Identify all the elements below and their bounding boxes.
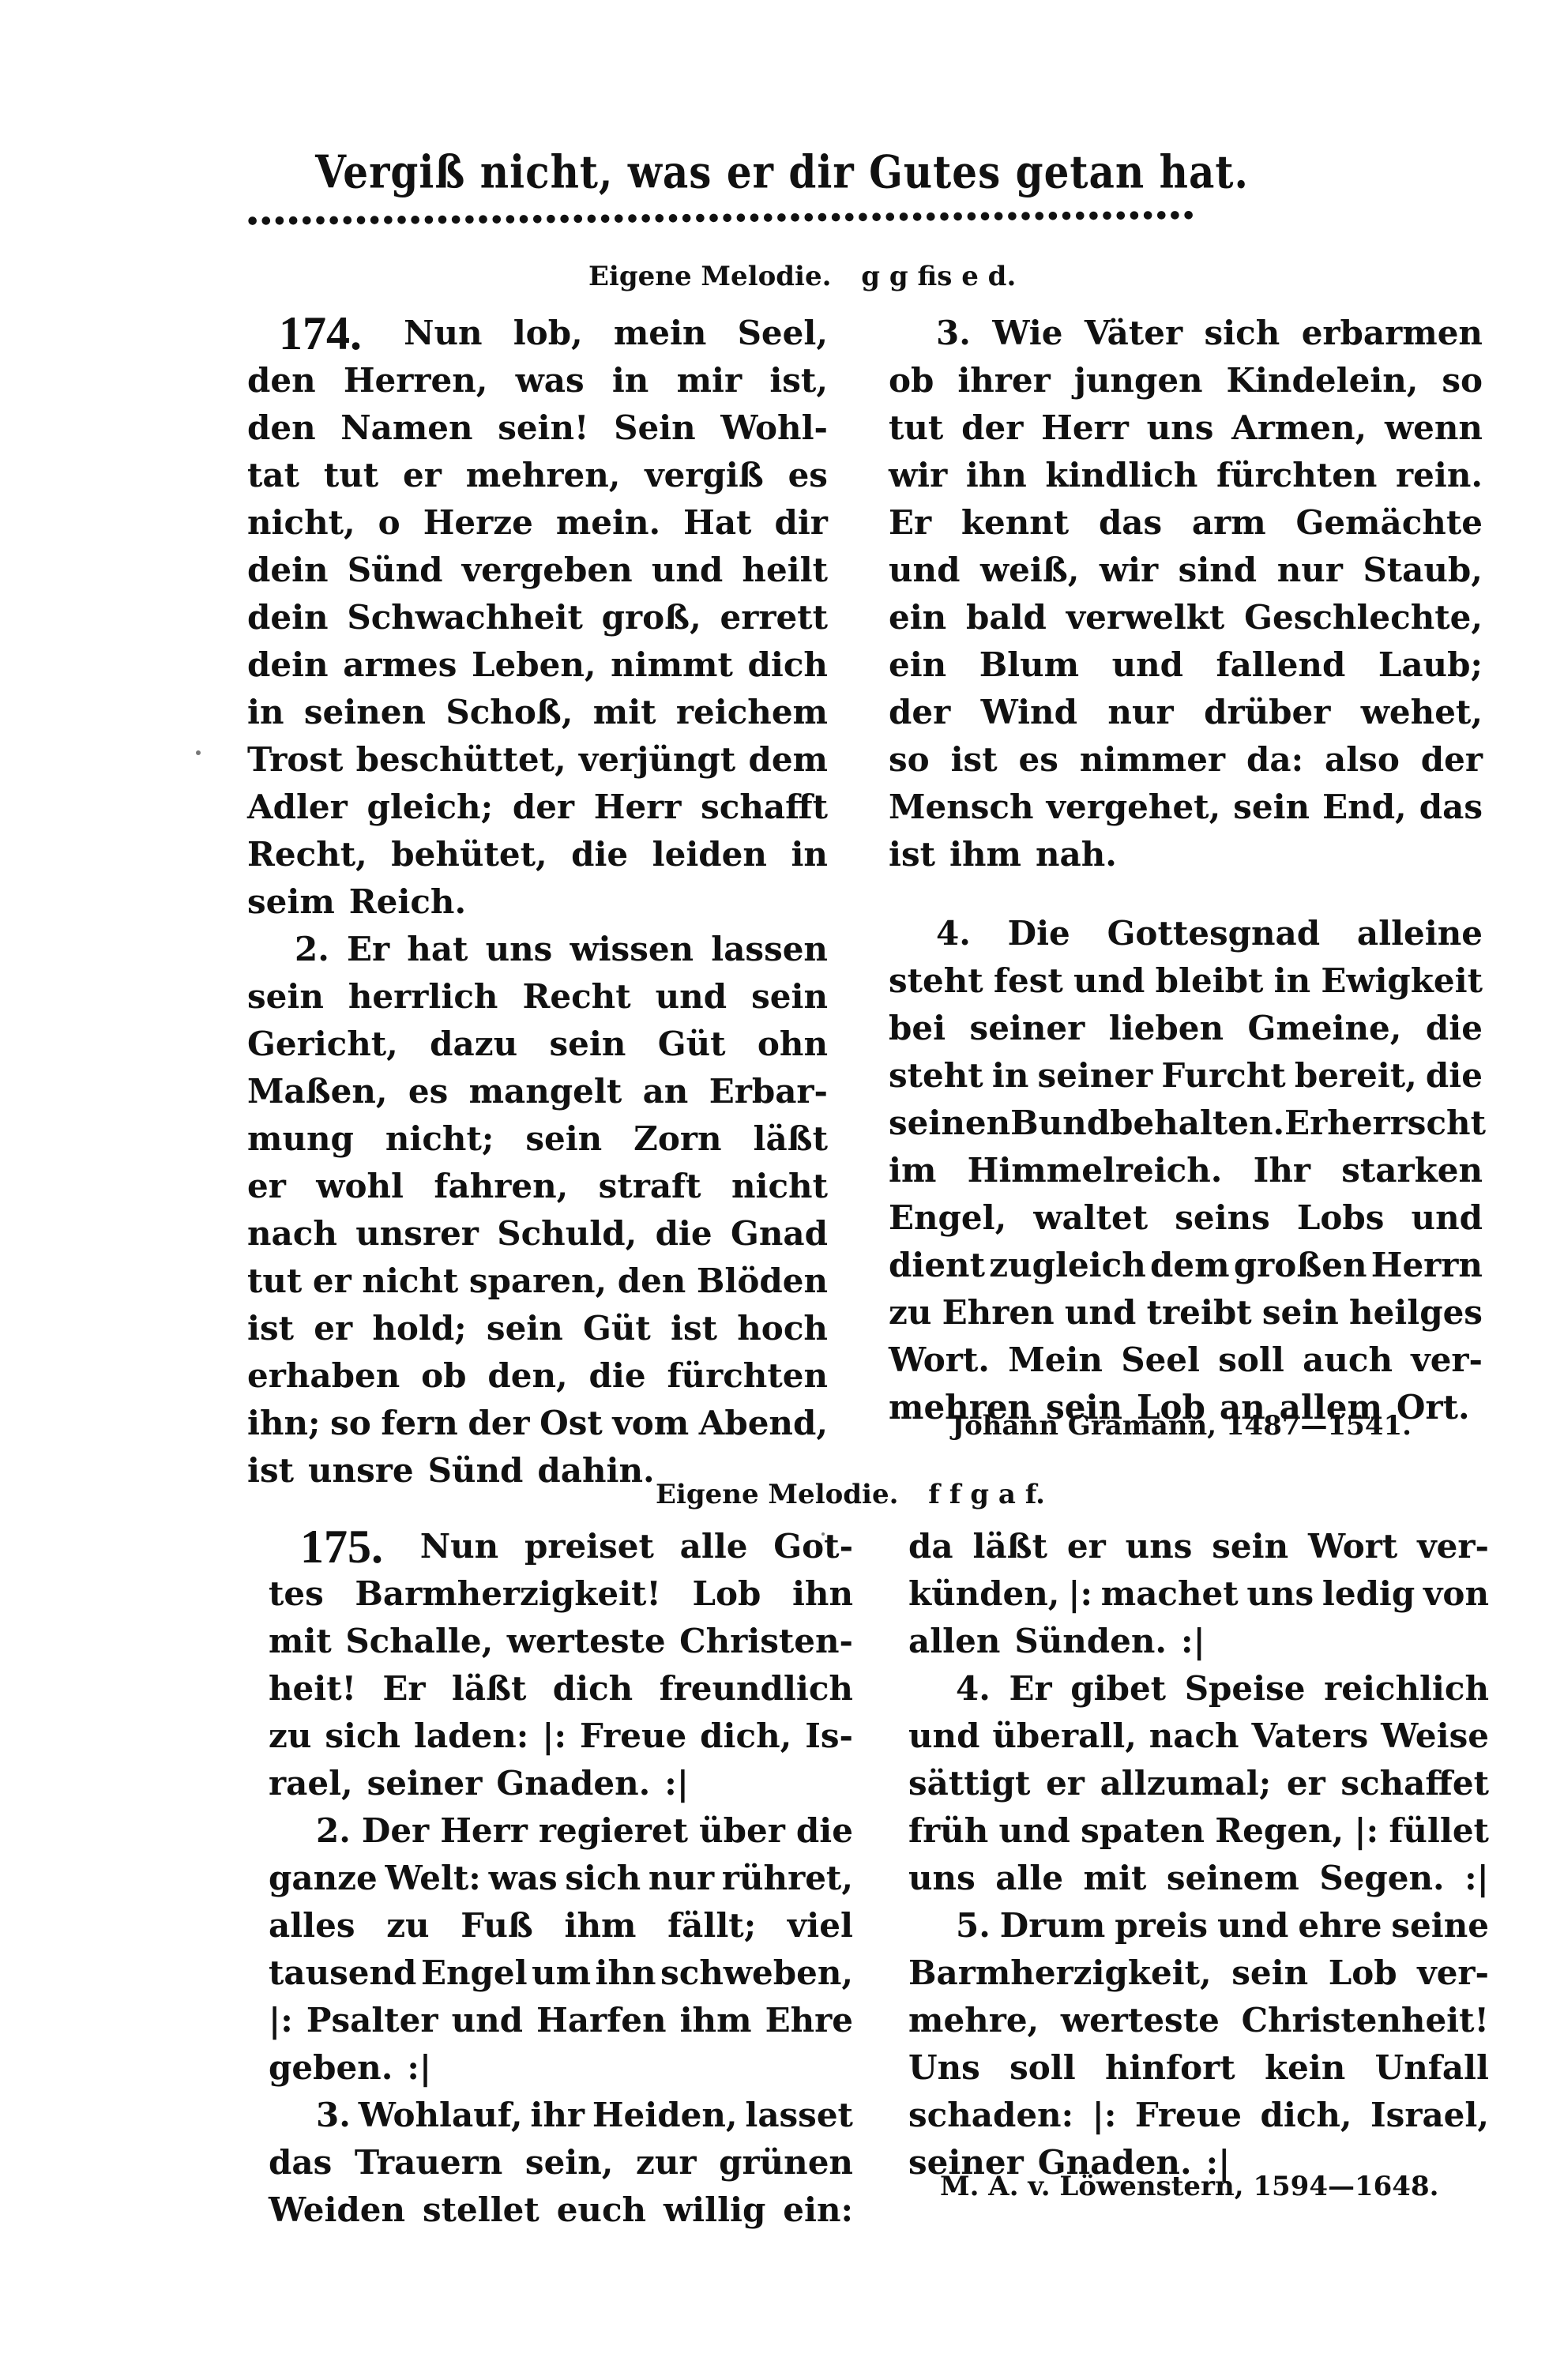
word: :| — [664, 1760, 689, 1807]
word: sich — [565, 1855, 641, 1902]
word: Weise — [1381, 1713, 1489, 1760]
word: Wort. — [889, 1337, 990, 1384]
word: gibet — [1070, 1665, 1166, 1713]
word: Leben, — [472, 641, 596, 689]
text-line: deinSündvergebenundheilt — [247, 547, 828, 594]
word: Herze — [423, 499, 533, 547]
word: sein — [525, 1115, 602, 1163]
word: Erbar- — [709, 1068, 828, 1115]
word: die — [571, 831, 628, 878]
word: der — [1421, 736, 1483, 784]
text-line: 2.Erhatunswissenlassen — [247, 926, 828, 973]
hymn-174-author: Johann Gramann, 1487—1541. — [952, 1410, 1412, 1442]
word: nur — [649, 1855, 714, 1902]
word: Namen — [340, 404, 472, 452]
word: groß, — [602, 594, 701, 641]
text-line: 5.Drumpreisundehreseine — [908, 1902, 1489, 1949]
text-line: zusichladen:|:Freuedich,Is- — [269, 1713, 853, 1760]
word: spaten — [1081, 1807, 1205, 1855]
word: sind — [1179, 547, 1258, 594]
word: und — [1073, 957, 1145, 1005]
word: |: — [269, 1997, 293, 2044]
text-line: Maßen,esmangeltanErbar- — [247, 1068, 828, 1115]
word: Himmelreich. — [968, 1147, 1223, 1194]
word: hold; — [372, 1305, 466, 1352]
word: ein — [889, 594, 946, 641]
word: tausend — [269, 1949, 416, 1997]
word: dein — [247, 594, 329, 641]
word: lassen — [711, 926, 828, 973]
word: ver- — [1417, 1523, 1489, 1570]
text-line: nicht,oHerzemein.Hatdir — [247, 499, 828, 547]
word: Wind — [981, 689, 1077, 736]
word: Sünd — [348, 547, 443, 594]
word: Herr — [1041, 404, 1129, 452]
word: lob, — [513, 310, 583, 357]
text-line: isterhold;seinGütisthoch — [247, 1305, 828, 1352]
word: Herren, — [344, 357, 488, 404]
word: Barmherzigkeit, — [908, 1949, 1212, 1997]
word: ein — [889, 641, 946, 689]
text-line: undüberall,nachVatersWeise — [908, 1713, 1489, 1760]
word: Unfall — [1375, 2044, 1489, 2092]
word: sein — [247, 973, 324, 1021]
text-line: Wort.MeinSeelsollauchver- — [889, 1337, 1483, 1384]
text-line: künden,|:machetunsledigvon — [908, 1570, 1489, 1618]
word: Nun — [404, 310, 482, 357]
word: das — [269, 2139, 332, 2186]
word: nur — [1277, 547, 1343, 594]
word: bald — [966, 594, 1047, 641]
word: ihr — [530, 2092, 585, 2139]
word: Blöden — [697, 1258, 828, 1305]
text-line: inseinenSchoß,mitreichem — [247, 689, 828, 736]
word: gleich; — [367, 784, 493, 831]
word: künden, — [908, 1570, 1059, 1618]
word: tut — [889, 404, 943, 452]
word: 5. — [956, 1902, 991, 1949]
word: er — [1046, 1760, 1085, 1807]
text-line: seinherrlichRechtundsein — [247, 973, 828, 1021]
word: Der — [362, 1807, 429, 1855]
word: zu — [386, 1902, 429, 1949]
word: Lob — [1329, 1949, 1397, 1997]
word: reichlich — [1324, 1665, 1489, 1713]
word: soll — [1009, 2044, 1076, 2092]
word: was — [489, 1855, 558, 1902]
word: Güt — [658, 1021, 726, 1068]
word: alleine — [1357, 910, 1483, 957]
word: mir — [677, 357, 743, 404]
word: alles — [269, 1902, 355, 1949]
word: Mein — [1008, 1337, 1103, 1384]
word: Gmeine, — [1248, 1005, 1402, 1052]
word: errett — [720, 594, 828, 641]
word: leiden — [652, 831, 767, 878]
word: dich — [748, 641, 828, 689]
word: sein — [550, 1021, 626, 1068]
word: die — [796, 1807, 853, 1855]
text-line: Gericht,dazuseinGütohn — [247, 1021, 828, 1068]
word: ehre — [1298, 1902, 1382, 1949]
word: 4. — [936, 910, 971, 957]
word: Got- — [773, 1523, 853, 1570]
word: machet — [1101, 1570, 1239, 1618]
word: Barmherzigkeit! — [355, 1570, 660, 1618]
word: Staub, — [1363, 547, 1482, 594]
word: sein — [751, 973, 828, 1021]
word: in — [612, 357, 649, 404]
word: tut — [247, 1258, 302, 1305]
word: Regen, — [1215, 1807, 1344, 1855]
word: zur — [636, 2139, 697, 2186]
word: dein — [247, 641, 329, 689]
word: Heiden, — [592, 2092, 738, 2139]
word: läßt — [973, 1523, 1047, 1570]
word: tes — [269, 1570, 324, 1618]
word: sein — [487, 1305, 563, 1352]
word: Er — [1284, 1100, 1327, 1147]
word: fest — [994, 957, 1063, 1005]
word: verwelkt — [1066, 594, 1225, 641]
text-line: nachunsrerSchuld,dieGnad — [247, 1210, 828, 1258]
text-line: 2.DerHerrregieretüberdie — [269, 1807, 853, 1855]
word: Israel, — [1370, 2092, 1489, 2139]
word: dir — [774, 499, 827, 547]
text-line: Recht,behütet,dieleidenin — [247, 831, 828, 878]
word: mit — [593, 689, 656, 736]
text-line: Trostbeschüttet,verjüngtdem — [247, 736, 828, 784]
text-line: einBlumundfallendLaub; — [889, 641, 1483, 689]
word: ist — [951, 736, 998, 784]
text-line: daläßterunsseinWortver- — [908, 1523, 1489, 1570]
hymn-number: 174. — [279, 310, 362, 357]
word: und — [889, 547, 960, 594]
word: Christenheit! — [1242, 1997, 1489, 2044]
word: Armen, — [1231, 404, 1367, 452]
word: nicht; — [385, 1115, 494, 1163]
melody-label: Eigene Melodie. — [588, 261, 831, 292]
word: Wohl- — [720, 404, 828, 452]
word: Sünden. — [1014, 1618, 1167, 1665]
word: seinen — [889, 1100, 1010, 1147]
word: alle — [680, 1523, 748, 1570]
word: ihm — [949, 831, 1021, 878]
word: kindlich — [1045, 452, 1197, 499]
text-line: zuEhrenundtreibtseinheilges — [889, 1289, 1483, 1337]
word: großen — [1234, 1242, 1367, 1289]
word: tut — [324, 452, 378, 499]
word: Psalter — [306, 1997, 438, 2044]
word: mangelt — [469, 1068, 622, 1115]
word: ihn — [792, 1570, 853, 1618]
word: |: — [1092, 2092, 1117, 2139]
word: wir — [1100, 547, 1158, 594]
word: Lobs — [1297, 1194, 1385, 1242]
text-line: mehre,wertesteChristenheit! — [908, 1997, 1489, 2044]
text-line: imHimmelreich.Ihrstarken — [889, 1147, 1483, 1194]
word: mehren, — [466, 452, 621, 499]
word: sein — [1233, 784, 1310, 831]
text-line: sättigterallzumal;erschaffet — [908, 1760, 1489, 1807]
word: herrscht — [1327, 1100, 1486, 1147]
word: dich, — [1261, 2092, 1352, 2139]
word: ist, — [769, 357, 828, 404]
word: mein. — [556, 499, 660, 547]
word: dich — [553, 1665, 633, 1713]
word: da: — [1246, 736, 1303, 784]
word: grünen — [719, 2139, 853, 2186]
word: läßt — [452, 1665, 526, 1713]
word: und — [1217, 1902, 1288, 1949]
word: Adler — [247, 784, 348, 831]
word: wenn — [1385, 404, 1483, 452]
word: bereit, — [1295, 1052, 1417, 1100]
word: allen — [908, 1618, 1000, 1665]
word: Vaters — [1251, 1713, 1368, 1760]
word: sein — [1262, 1289, 1339, 1337]
word: uns — [486, 926, 553, 973]
text-line: frühundspatenRegen,|:füllet — [908, 1807, 1489, 1855]
word: nicht, — [247, 499, 355, 547]
text-line: deinSchwachheitgroß,errett — [247, 594, 828, 641]
word: der — [889, 689, 950, 736]
word: Schoß, — [446, 689, 573, 736]
word: uns — [1246, 1570, 1314, 1618]
word: seine — [1391, 1902, 1489, 1949]
word: Hat — [683, 499, 751, 547]
text-line: 3.Wohlauf,ihrHeiden,lasset — [269, 2092, 853, 2139]
word: Bund — [1010, 1100, 1110, 1147]
text-line: mitSchalle,wertesteChristen- — [269, 1618, 853, 1665]
word: bei — [889, 1005, 946, 1052]
word: Er — [1009, 1665, 1051, 1713]
word: stellet — [423, 2186, 540, 2234]
word: fahren, — [434, 1163, 568, 1210]
word: ihn — [596, 1949, 656, 1997]
word: freundlich — [660, 1665, 853, 1713]
word: Güt — [583, 1305, 651, 1352]
word: überall, — [992, 1713, 1137, 1760]
text-line: Adlergleich;derHerrschafft — [247, 784, 828, 831]
text-line: heit!Erläßtdichfreundlich — [269, 1665, 853, 1713]
word: Lob — [692, 1570, 761, 1618]
word: füllet — [1389, 1807, 1489, 1855]
word: Wie — [992, 310, 1062, 357]
word: seiner — [970, 1005, 1085, 1052]
word: vergehet, — [1047, 784, 1221, 831]
word: Freue — [1135, 2092, 1242, 2139]
word: schaden: — [908, 2092, 1073, 2139]
word: und — [998, 1807, 1070, 1855]
melody-line-175: Eigene Melodie. f f g a f. — [656, 1479, 1045, 1510]
word: |: — [1354, 1807, 1378, 1855]
text-line: wirihnkindlichfürchtenrein. — [889, 452, 1483, 499]
word: nicht — [731, 1163, 828, 1210]
word: uns — [1126, 1523, 1193, 1570]
word: fällt; — [667, 1902, 756, 1949]
word: wohl — [316, 1163, 404, 1210]
word: die — [1426, 1005, 1483, 1052]
word: Trost — [247, 736, 343, 784]
word: Väter — [1085, 310, 1182, 357]
word: straft — [599, 1163, 701, 1210]
text-line: Menschvergehet,seinEnd,das — [889, 784, 1483, 831]
word: sein, — [525, 2139, 613, 2186]
word: kennt — [961, 499, 1069, 547]
word: heilt — [742, 547, 828, 594]
word: waltet — [1033, 1194, 1148, 1242]
page-header: Vergiß nicht, was er dir Gutes getan hat… — [0, 145, 1564, 199]
word: ihrer — [957, 357, 1050, 404]
word: 3. — [316, 2092, 351, 2139]
word: End, — [1322, 784, 1407, 831]
word: zugleich — [989, 1242, 1146, 1289]
word: allzumal; — [1100, 1760, 1272, 1807]
word: Herr — [440, 1807, 528, 1855]
word: Is- — [805, 1713, 853, 1760]
word: starken — [1341, 1147, 1483, 1194]
text-line: erwohlfahren,straftnicht — [247, 1163, 828, 1210]
word: Maßen, — [247, 1068, 388, 1115]
word: Christen- — [679, 1618, 853, 1665]
word: fern — [381, 1400, 457, 1447]
word: läßt — [753, 1115, 827, 1163]
word: preiset — [524, 1523, 654, 1570]
word: fürchten — [667, 1352, 828, 1400]
word: rael, — [269, 1760, 353, 1807]
text-line: dasTrauernsein,zurgrünen — [269, 2139, 853, 2186]
word: sein — [1212, 1523, 1288, 1570]
word: ob — [421, 1352, 466, 1400]
word: schweben, — [660, 1949, 853, 1997]
word: Segen. — [1319, 1855, 1444, 1902]
word: Wort — [1308, 1523, 1397, 1570]
melody-line-174: Eigene Melodie. g g fis e d. — [588, 261, 1016, 292]
text-line: alleszuFußihmfällt;viel — [269, 1902, 853, 1949]
text-line: tattutermehren,vergißes — [247, 452, 828, 499]
word: an — [643, 1068, 689, 1115]
word: ihm — [680, 1997, 752, 2044]
word: lasset — [745, 2092, 853, 2139]
text-line: Barmherzigkeit,seinLobver- — [908, 1949, 1489, 1997]
word: Harfen — [536, 1997, 666, 2044]
word: von — [1423, 1570, 1489, 1618]
word: armes — [343, 641, 457, 689]
word: behalten. — [1110, 1100, 1284, 1147]
text-line: tuternichtsparen,denBlöden — [247, 1258, 828, 1305]
word: ver- — [1417, 1949, 1489, 1997]
word: seim — [247, 878, 335, 926]
word: Laub; — [1378, 641, 1483, 689]
word: werteste — [507, 1618, 666, 1665]
text-line: geben.:| — [269, 2044, 853, 2092]
word: in — [791, 831, 828, 878]
word: Schalle, — [345, 1618, 493, 1665]
word: Geschlechte, — [1244, 594, 1483, 641]
text-line: 175.NunpreisetalleGot- — [269, 1523, 853, 1570]
word: er — [1287, 1760, 1325, 1807]
word: früh — [908, 1807, 988, 1855]
text-line: tausendEngelumihnschweben, — [269, 1949, 853, 1997]
word: 2. — [295, 926, 329, 973]
word: seiner — [1038, 1052, 1153, 1100]
word: er — [403, 452, 442, 499]
text-line: ErkenntdasarmGemächte — [889, 499, 1483, 547]
word: jungen — [1074, 357, 1203, 404]
word: rühret, — [722, 1855, 853, 1902]
word: um — [532, 1949, 591, 1997]
word: nicht — [362, 1258, 458, 1305]
word: ohn — [758, 1021, 828, 1068]
text-line: tutderHerrunsArmen,wenn — [889, 404, 1483, 452]
ornamental-rule: ••••••••••••••••••••••••••••••••••••••••… — [245, 206, 1461, 231]
word: geben. — [269, 2044, 393, 2092]
text-line: tesBarmherzigkeit!Lobihn — [269, 1570, 853, 1618]
word: und — [452, 1997, 523, 2044]
hymn-number: 175. — [300, 1523, 383, 1570]
word: erbarmen — [1302, 310, 1483, 357]
text-line: UnssollhinfortkeinUnfall — [908, 2044, 1489, 2092]
word: nach — [247, 1210, 337, 1258]
text-line: 174.Nunlob,meinSeel, — [247, 310, 828, 357]
word: arm — [1192, 499, 1266, 547]
word: sich — [1205, 310, 1280, 357]
word: ist — [671, 1305, 717, 1352]
word: preis — [1115, 1902, 1208, 1949]
word: das — [1099, 499, 1162, 547]
word: Nun — [420, 1523, 498, 1570]
word: ob — [889, 357, 934, 404]
word: also — [1325, 736, 1400, 784]
word: Seel — [1121, 1337, 1200, 1384]
word: behütet, — [391, 831, 547, 878]
word: der — [961, 404, 1023, 452]
word: :| — [1464, 1855, 1489, 1902]
word: es — [1019, 736, 1058, 784]
word: und — [1065, 1289, 1136, 1337]
word: ganze — [269, 1855, 378, 1902]
word: über — [699, 1807, 785, 1855]
word: Uns — [908, 2044, 980, 2092]
word: uns — [908, 1855, 976, 1902]
word: nimmt — [611, 641, 733, 689]
word: Reich. — [349, 878, 466, 926]
word: Er — [347, 926, 389, 973]
word: zu — [889, 1289, 931, 1337]
word: mehre, — [908, 1997, 1039, 2044]
word: den — [618, 1258, 686, 1305]
word: drüber — [1204, 689, 1330, 736]
word: ihn; — [247, 1400, 321, 1447]
word: Welt: — [385, 1855, 480, 1902]
word: Fuß — [461, 1902, 533, 1949]
word: seiner — [367, 1760, 483, 1807]
melody-notes: f f g a f. — [928, 1479, 1045, 1510]
word: der — [468, 1400, 529, 1447]
word: in — [1274, 957, 1311, 1005]
text-line: 4.DieGottesgnadalleine — [889, 910, 1483, 957]
word: unsre — [308, 1447, 414, 1495]
word: herrlich — [348, 973, 498, 1021]
text-line: ihn;sofernderOstvomAbend, — [247, 1400, 828, 1447]
text-line: |:PsalterundHarfenihmEhre — [269, 1997, 853, 2044]
word: regieret — [539, 1807, 688, 1855]
word: ledig — [1322, 1570, 1415, 1618]
text-line: erhabenobden,diefürchten — [247, 1352, 828, 1400]
word: sein — [1231, 1949, 1308, 1997]
word: wehet, — [1361, 689, 1483, 736]
